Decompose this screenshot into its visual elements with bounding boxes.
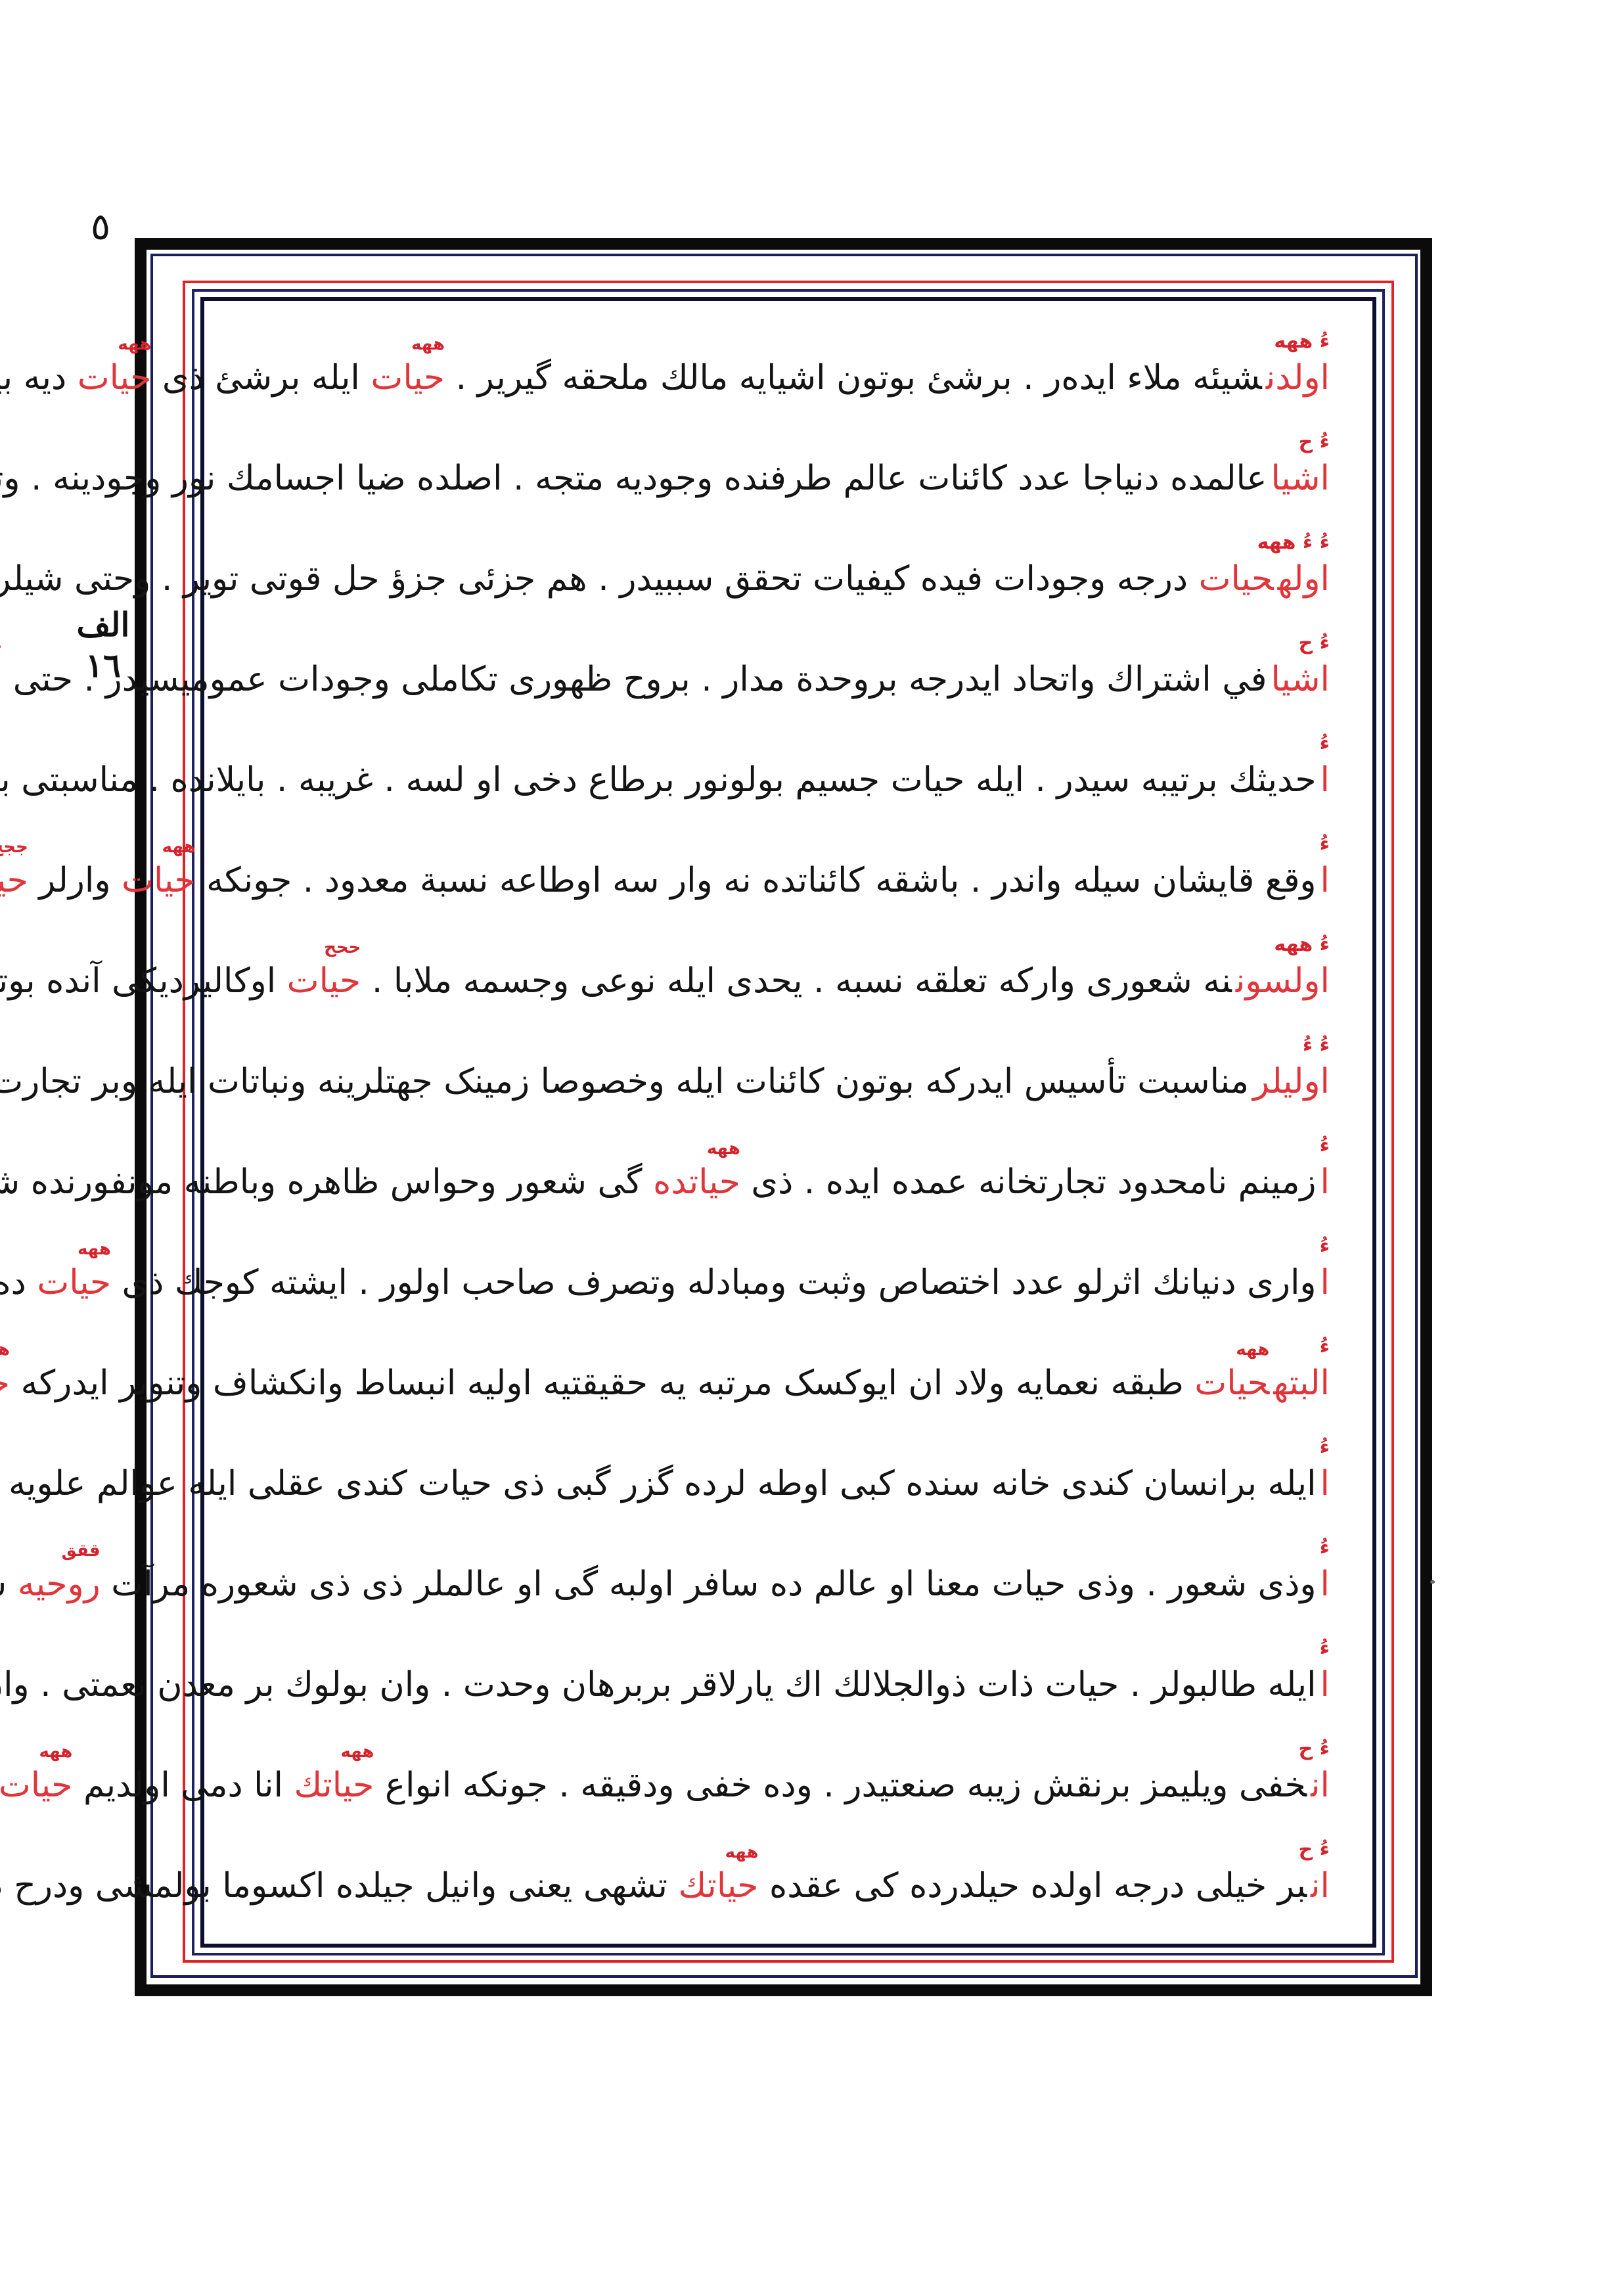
text-segment: ايله طالبولر . حيات ذات ذوالجلالك اك يار… xyxy=(0,1665,1317,1704)
text-segment: شيئه ملاء ايده‌ر . برشئ بوتون اشيايه مال… xyxy=(445,358,1262,398)
page-number: ٥ xyxy=(91,209,110,246)
rubric-mark-icon: ههه xyxy=(0,1743,72,1760)
text-segment: تشهی يعنی وانيل جيلده اكسوما بولمشی ودرح… xyxy=(0,1866,679,1906)
manuscript-line: ءُ هههاولسوننه شعوری وارکه تعلقه نسبه . … xyxy=(231,945,1330,1017)
manuscript-line: ءُ هههاولدنشيئه ملاء ايده‌ر . برشئ بوتون… xyxy=(231,342,1330,414)
rubric-mark-icon: ءُ ههه xyxy=(1274,935,1330,955)
rubric-word: هههحيات xyxy=(371,358,445,398)
manuscript-line: ءُ حاشياعالمده دنياجا عدد كائنات عالم طر… xyxy=(231,442,1330,514)
rubric-word: هههحيات xyxy=(37,1263,111,1302)
text-segment: سافر اولوب انسام وكل xyxy=(0,1565,18,1604)
rubric-word: هههحيات xyxy=(78,358,152,398)
manuscript-line: ءُاايله برانسان كندی خانه سنده كبی اوطه … xyxy=(231,1448,1330,1520)
rubric-mark-icon: ءُ xyxy=(1320,1237,1330,1256)
text-segment: اوکاليرديکی آنده بوتونه کائنات ايله xyxy=(0,961,287,1001)
rubric-word: ا xyxy=(1320,1263,1330,1302)
rubric-mark-icon: ءُ xyxy=(1320,834,1330,854)
rubric-line-start: ءُا xyxy=(1320,1464,1330,1503)
manuscript-line: ءُازمينم نامحدود تجارتخانه عمده ايده . ذ… xyxy=(231,1146,1330,1218)
rubric-line-start: ءُا xyxy=(1320,1565,1330,1604)
text-segment: عالمده دنياجا عدد كائنات عالم طرفنده وجو… xyxy=(0,459,1267,498)
text-segment: ايله برشئ ذی xyxy=(151,358,371,398)
rubric-line-start: ءُ حان xyxy=(1311,1866,1330,1906)
text-segment: بر خيلی درجه اولده حيلدرده كی عقده xyxy=(759,1866,1307,1906)
rubric-line-start: ءُ هههاولسون xyxy=(1236,961,1330,1001)
rubric-line-start: ءُ هههاولدن xyxy=(1266,358,1330,398)
text-segment: مناسبت تأسيس ايدرکه بوتون كائنات ايله وخ… xyxy=(0,1062,1249,1101)
rubric-word: جججحيات xyxy=(0,861,28,900)
manuscript-line: ءُ حانخفی ويليمز برنقش زيبه صنعتيدر . ود… xyxy=(231,1749,1330,1821)
text-segment: نه شعوری وارکه تعلقه نسبه . يحدی ايله نو… xyxy=(361,961,1232,1001)
rubric-word: ا xyxy=(1320,1665,1330,1704)
rubric-mark-icon: ءُ ح xyxy=(1299,1739,1330,1759)
rubric-word: اشيا xyxy=(1271,660,1330,699)
rubric-line-start: ءُا xyxy=(1320,1263,1330,1302)
manuscript-line: ءُاوذی شعور . وذی حيات معنا او عالم ده س… xyxy=(231,1548,1330,1620)
rubric-word: اشيا xyxy=(1271,459,1330,498)
rubric-word: هههحيات xyxy=(122,861,196,900)
rubric-word: ا xyxy=(1320,1464,1330,1503)
rubric-word: حيات xyxy=(1199,559,1274,599)
text-segment: طبقه نعمايه ولاد ان ايوکسک مرتبه يه حقيق… xyxy=(10,1363,1194,1403)
rubric-mark-icon: ههه xyxy=(37,1241,111,1258)
rubric-word: هههحياتده xyxy=(653,1162,740,1202)
rubric-line-start: ءُ حاشيا xyxy=(1271,660,1330,699)
rubric-word: هههحياتك xyxy=(294,1766,374,1805)
rubric-mark-icon: ءُ ح xyxy=(1299,432,1330,452)
text-segment: حديثك برتيبه سيدر . ايله حيات جسيم بولون… xyxy=(0,760,1317,800)
manuscript-line: ءُاواری دنيانك اثرلو عدد اختصاص وثبت ومب… xyxy=(231,1246,1330,1319)
text-segment: ده xyxy=(0,1263,37,1302)
rubric-mark-icon: ههه xyxy=(371,336,445,353)
rubric-mark-icon: ءُ ءُ ههه xyxy=(1257,533,1330,553)
text-segment: گی شعور وحواس ظاهره وباطنه مونفورنده شعو… xyxy=(0,1162,653,1202)
manuscript-line: ءُاوقع قايشان سيله واندر . باشقه كائناتد… xyxy=(231,844,1330,917)
rubric-line-start: ءُ ءُاوليلر xyxy=(1253,1062,1330,1101)
text-segment: خفی ويليمز برنقش زيبه صنعتيدر . وده خفی … xyxy=(374,1766,1307,1805)
rubric-mark-icon: ءُ xyxy=(1320,1136,1330,1156)
text-segment: واری دنيانك اثرلو عدد اختصاص وثبت ومبادل… xyxy=(111,1263,1317,1302)
rubric-mark-icon: ههه xyxy=(78,336,152,353)
rubric-mark-icon: ههه xyxy=(653,1140,740,1157)
rubric-line-start: ءُا xyxy=(1320,760,1330,800)
text-segment: انا دمی اولديم xyxy=(72,1766,294,1805)
rubric-word: اوله xyxy=(1278,559,1330,599)
rubric-word: ا xyxy=(1320,861,1330,900)
rubric-mark-icon: ءُ xyxy=(1320,734,1330,754)
manuscript-line: ءُ حانبر خيلی درجه اولده حيلدرده كی عقده… xyxy=(231,1850,1330,1922)
rubric-mark-icon: ههه xyxy=(294,1743,374,1760)
rubric-line-start: ءُ حان xyxy=(1311,1766,1330,1805)
rubric-mark-icon: ههه xyxy=(1194,1341,1269,1358)
rubric-mark-icon: ءُ ح xyxy=(1299,633,1330,653)
rubric-word: هههحيات xyxy=(0,1766,72,1805)
text-segment: ايله برانسان كندی خانه سنده كبی اوطه لرد… xyxy=(0,1464,1317,1503)
rubric-word: قققروحيه xyxy=(18,1565,101,1604)
text-segment: وارلر xyxy=(28,861,122,900)
rubric-mark-icon: ءُ ح xyxy=(1299,1840,1330,1860)
rubric-mark-icon: ححح xyxy=(287,939,361,956)
rubric-mark-icon: ححح xyxy=(0,637,2,654)
ink-speck xyxy=(1430,1580,1435,1584)
rubric-word: اولسون xyxy=(1236,961,1330,1001)
manuscript-line: ءُالبتههههحيات طبقه نعمايه ولاد ان ايوکس… xyxy=(231,1347,1330,1419)
rubric-word: هههحياتك xyxy=(679,1866,759,1906)
text-segment: زمينم نامحدود تجارتخانه عمده ايده . ذی xyxy=(740,1162,1317,1202)
text-segment: في اشتراك واتحاد ايدرجه بروحدة مدار . بر… xyxy=(2,660,1267,699)
rubric-line-start: ءُ ءُ هههاوله xyxy=(1278,559,1330,599)
rubric-mark-icon: ججج xyxy=(0,838,28,856)
rubric-line-start: ءُا xyxy=(1320,1162,1330,1202)
rubric-mark-icon: ههه xyxy=(679,1844,759,1861)
rubric-mark-icon: ءُ ههه xyxy=(1274,332,1330,352)
rubric-word: اولدن xyxy=(1266,358,1330,398)
rubric-word: هههحيات xyxy=(1194,1363,1269,1403)
text-segment: وقع قايشان سيله واندر . باشقه كائناتده ن… xyxy=(196,861,1317,900)
rubric-word: ا xyxy=(1320,1565,1330,1604)
rubric-word: ا xyxy=(1320,760,1330,800)
rubric-line-start: ءُا xyxy=(1320,861,1330,900)
rubric-line-start: ءُا xyxy=(1320,1665,1330,1704)
rubric-word: ا xyxy=(1320,1162,1330,1202)
manuscript-line: ءُاحديثك برتيبه سيدر . ايله حيات جسيم بو… xyxy=(231,744,1330,816)
text-segment: ديه بيلرکه شو بوتونه xyxy=(0,358,78,398)
rubric-line-start: ءُالبته xyxy=(1273,1363,1330,1403)
text-segment: درجه وجودات فيده كيفيات تحقق سببيدر . هم… xyxy=(0,559,1199,599)
rubric-mark-icon: ءُ ءُ xyxy=(1303,1036,1330,1055)
rubric-line-start: ءُ حاشيا xyxy=(1271,459,1330,498)
manuscript-line: ءُاايله طالبولر . حيات ذات ذوالجلالك اك … xyxy=(231,1649,1330,1721)
rubric-word: اوليلر xyxy=(1253,1062,1330,1101)
manuscript-line: ءُ ءُ هههاولهحيات درجه وجودات فيده كيفيا… xyxy=(231,543,1330,615)
manuscript-line: ءُ ءُاوليلرمناسبت تأسيس ايدرکه بوتون كائ… xyxy=(231,1045,1330,1118)
rubric-mark-icon: ءُ xyxy=(1320,1639,1330,1658)
rubric-mark-icon: ههه xyxy=(122,838,196,856)
rubric-word: ان xyxy=(1311,1766,1330,1805)
rubric-mark-icon: ءُ xyxy=(1320,1538,1330,1558)
rubric-word: ححححيات xyxy=(0,660,2,699)
rubric-word: ححححيات xyxy=(287,961,361,1001)
rubric-mark-icon: ءُ xyxy=(1320,1438,1330,1457)
text-segment: وذی شعور . وذی حيات معنا او عالم ده سافر… xyxy=(101,1565,1317,1604)
rubric-word: ان xyxy=(1311,1866,1330,1906)
rubric-mark-icon: ءُ xyxy=(1320,1337,1330,1357)
rubric-mark-icon: ققق xyxy=(18,1542,101,1559)
rubric-word: البته xyxy=(1273,1363,1330,1403)
rubric-word: هههحياتك xyxy=(0,1363,10,1403)
rubric-mark-icon: ههه xyxy=(0,1341,10,1358)
manuscript-line: ءُ حاشيافي اشتراك واتحاد ايدرجه بروحدة م… xyxy=(231,643,1330,716)
